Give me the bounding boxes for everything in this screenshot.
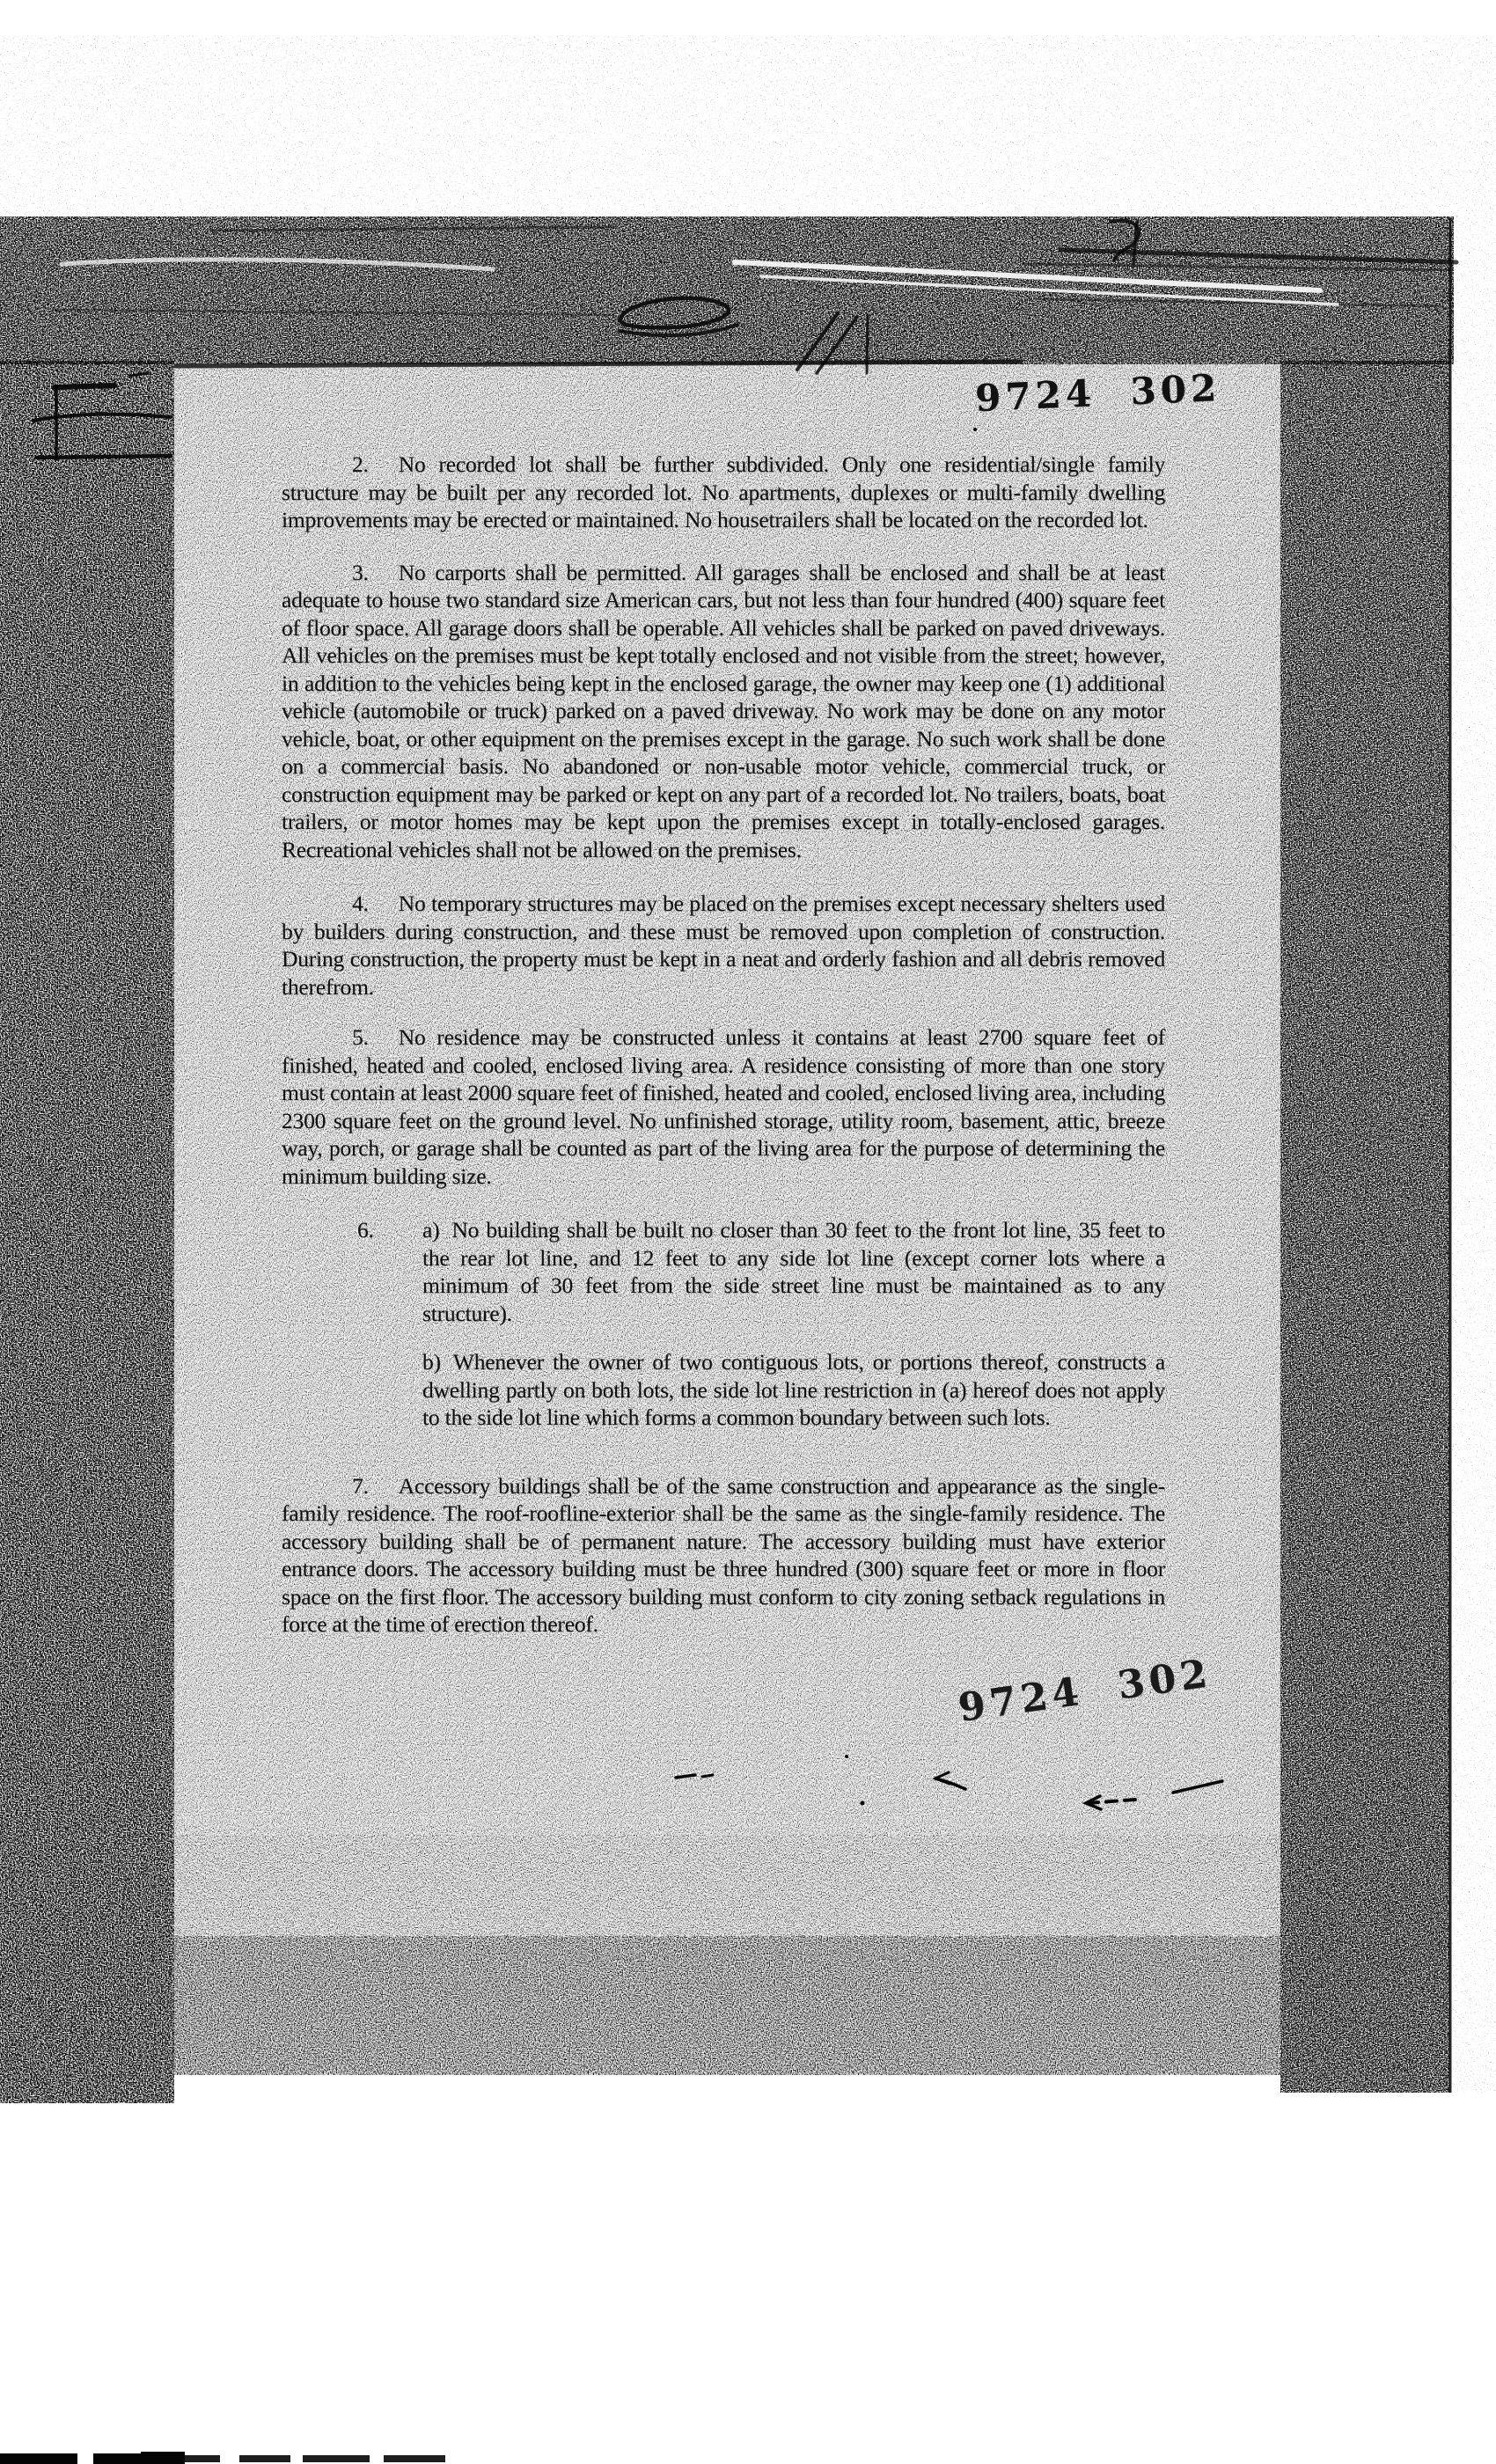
noise-strip-far-right bbox=[1450, 216, 1496, 2093]
paragraph-6b: b)Whenever the owner of two contiguous l… bbox=[422, 1348, 1165, 1432]
speckle-band-bottom bbox=[174, 1936, 1280, 2075]
paragraph-7: 7.Accessory buildings shall be of the sa… bbox=[282, 1472, 1165, 1639]
film-scratches-dark bbox=[53, 227, 1456, 366]
left-arrow-mark-2 bbox=[1086, 1796, 1101, 1809]
paragraph-5: 5.No residence may be constructed unless… bbox=[282, 1023, 1165, 1190]
paragraph-text: No building shall be built no closer tha… bbox=[422, 1217, 1165, 1326]
paragraph-text: No residence may be constructed unless i… bbox=[282, 1024, 1165, 1189]
noise-column-right bbox=[1280, 361, 1450, 2093]
subparagraph-label: b) bbox=[422, 1349, 441, 1375]
page-number-stamp-top: 9724 302 bbox=[974, 366, 1221, 420]
scanned-document-page: 9724 302 9724 302 2.No recorded lot shal… bbox=[0, 0, 1496, 2464]
film-edge-strip-bottom bbox=[0, 2452, 445, 2464]
dust-speckle-top bbox=[0, 35, 1496, 216]
document-body: 2.No recorded lot shall be further subdi… bbox=[282, 451, 1165, 1639]
dash-mark bbox=[1173, 1781, 1222, 1793]
ink-dot bbox=[845, 1755, 848, 1758]
subparagraph-label: a) bbox=[422, 1217, 439, 1243]
film-scratches-light bbox=[62, 260, 1338, 304]
speckle-fade-band bbox=[174, 1835, 1280, 1936]
paragraph-number: 7. bbox=[352, 1473, 369, 1499]
paragraph-text: No recorded lot shall be further subdivi… bbox=[282, 451, 1165, 532]
pen-scribble-band bbox=[620, 220, 1139, 373]
paragraph-6a: 6.a)No building shall be built no closer… bbox=[422, 1216, 1165, 1327]
ink-dot bbox=[861, 1801, 865, 1806]
paragraph-text: Accessory buildings shall be of the same… bbox=[282, 1473, 1165, 1638]
dash-mark bbox=[702, 1775, 713, 1777]
dash-mark bbox=[676, 1775, 695, 1778]
paragraph-number: 6. bbox=[357, 1216, 374, 1244]
paragraph-2: 2.No recorded lot shall be further subdi… bbox=[282, 451, 1165, 534]
paragraph-text: Whenever the owner of two contiguous lot… bbox=[422, 1349, 1165, 1430]
paragraph-text: No temporary structures may be placed on… bbox=[282, 891, 1165, 1000]
page-number-stamp-bottom: 9724 302 bbox=[956, 1651, 1214, 1731]
paragraph-number: 5. bbox=[352, 1024, 369, 1050]
left-arrow-mark bbox=[935, 1772, 950, 1784]
paragraph-text: No carports shall be permitted. All gara… bbox=[282, 560, 1165, 862]
paragraph-number: 4. bbox=[352, 891, 369, 916]
paragraph-3: 3.No carports shall be permitted. All ga… bbox=[282, 559, 1165, 864]
noise-band-top bbox=[0, 216, 1454, 364]
pen-marks-bottom bbox=[676, 1772, 1222, 1809]
paragraph-4: 4.No temporary structures may be placed … bbox=[282, 890, 1165, 1001]
paperclip-sketch bbox=[33, 373, 171, 459]
paragraph-number: 3. bbox=[352, 560, 369, 585]
noise-column-left bbox=[0, 361, 174, 2103]
paragraph-number: 2. bbox=[352, 451, 369, 477]
ink-dot bbox=[973, 428, 977, 431]
